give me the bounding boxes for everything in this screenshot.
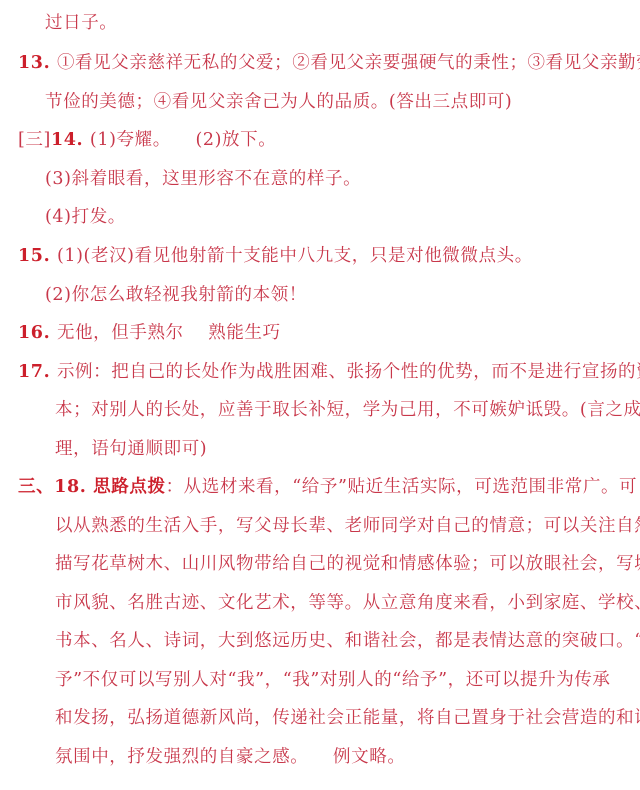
line-text: 节俭的美德；④看见父亲舍己为人的品质。(答出三点即可) (45, 92, 512, 112)
answer-16: 16. 无他，但手熟尔 熟能生巧 (18, 322, 281, 344)
question-number: 16 (18, 323, 44, 343)
line-text: ：从选材来看，“给予”贴近生活实际，可选范围非常广。可 (166, 477, 638, 497)
answer-line: 和发扬，弘扬道德新风尚，传递社会正能量，将自己置身于社会营造的和谐 (55, 707, 640, 729)
section-prefix: 三、 (18, 477, 54, 497)
line-text: 市风貌、名胜古迹、文化艺术，等等。从立意角度来看，小到家庭、学校、 (55, 593, 640, 613)
number-dot: . (44, 362, 57, 382)
line-text: 氛围中，抒发强烈的自豪之感。 例文略。 (55, 747, 405, 767)
answer-line: 本；对别人的长处，应善于取长补短，学为己用，不可嫉妒诋毁。(言之成 (55, 399, 640, 421)
question-number: 13 (18, 53, 44, 73)
section-prefix: [三] (18, 130, 51, 150)
line-text: 以从熟悉的生活入手，写父母长辈、老师同学对自己的情意；可以关注自然， (55, 516, 640, 536)
hint-label: 思路点拨 (93, 477, 165, 497)
number-dot: . (44, 323, 57, 343)
question-number: 14 (51, 130, 77, 150)
line-text: (1)(老汉)看见他射箭十支能中八九支，只是对他微微点头。 (57, 246, 533, 266)
line-text: 过日子。 (45, 13, 117, 33)
line-text: (1)夸耀。 (2)放下。 (90, 130, 276, 150)
question-number: 18 (54, 477, 80, 497)
answer-13: 13. ①看见父亲慈祥无私的父爱；②看见父亲要强硬气的秉性；③看见父亲勤劳 (18, 52, 640, 74)
answer-line: (2)你怎么敢轻视我射箭的本领！ (45, 284, 307, 306)
answer-17: 17. 示例：把自己的长处作为战胜困难、张扬个性的优势，而不是进行宣扬的资 (18, 361, 640, 383)
number-dot: . (77, 130, 90, 150)
answer-line: 过日子。 (45, 12, 117, 34)
line-text: (4)打发。 (45, 207, 126, 227)
line-text: 理，语句通顺即可) (55, 439, 207, 459)
answer-line: 予”不仅可以写别人对“我”，“我”对别人的“给予”，还可以提升为传承 (55, 669, 611, 691)
line-text: 描写花草树木、山川风物带给自己的视觉和情感体验；可以放眼社会，写城 (55, 554, 640, 574)
answer-line: 以从熟悉的生活入手，写父母长辈、老师同学对自己的情意；可以关注自然， (55, 515, 640, 537)
answer-14: [三]14. (1)夸耀。 (2)放下。 (18, 129, 276, 151)
answer-line: 节俭的美德；④看见父亲舍己为人的品质。(答出三点即可) (45, 91, 512, 113)
answer-18: 三、18. 思路点拨：从选材来看，“给予”贴近生活实际，可选范围非常广。可 (18, 476, 637, 498)
answer-line: 书本、名人、诗词，大到悠远历史、和谐社会，都是表情达意的突破口。“给 (55, 630, 640, 652)
number-dot: . (44, 246, 57, 266)
line-text: 书本、名人、诗词，大到悠远历史、和谐社会，都是表情达意的突破口。“给 (55, 631, 640, 651)
line-text: 本；对别人的长处，应善于取长补短，学为己用，不可嫉妒诋毁。(言之成 (55, 400, 640, 420)
answer-line: 市风貌、名胜古迹、文化艺术，等等。从立意角度来看，小到家庭、学校、 (55, 592, 640, 614)
line-text: (3)斜着眼看，这里形容不在意的样子。 (45, 169, 361, 189)
line-text: 无他，但手熟尔 熟能生巧 (57, 323, 281, 343)
answer-line: (4)打发。 (45, 206, 126, 228)
line-text: (2)你怎么敢轻视我射箭的本领！ (45, 285, 307, 305)
line-text: ①看见父亲慈祥无私的父爱；②看见父亲要强硬气的秉性；③看见父亲勤劳 (57, 53, 640, 73)
line-text: 予”不仅可以写别人对“我”，“我”对别人的“给予”，还可以提升为传承 (55, 670, 611, 690)
answer-line: 描写花草树木、山川风物带给自己的视觉和情感体验；可以放眼社会，写城 (55, 553, 640, 575)
line-text: 示例：把自己的长处作为战胜困难、张扬个性的优势，而不是进行宣扬的资 (57, 362, 640, 382)
question-number: 15 (18, 246, 44, 266)
line-text: 和发扬，弘扬道德新风尚，传递社会正能量，将自己置身于社会营造的和谐 (55, 708, 640, 728)
number-dot: . (44, 53, 57, 73)
answer-line: 理，语句通顺即可) (55, 438, 207, 460)
number-dot: . (80, 477, 93, 497)
question-number: 17 (18, 362, 44, 382)
answer-line: 氛围中，抒发强烈的自豪之感。 例文略。 (55, 746, 405, 768)
answer-15: 15. (1)(老汉)看见他射箭十支能中八九支，只是对他微微点头。 (18, 245, 533, 267)
answer-line: (3)斜着眼看，这里形容不在意的样子。 (45, 168, 361, 190)
